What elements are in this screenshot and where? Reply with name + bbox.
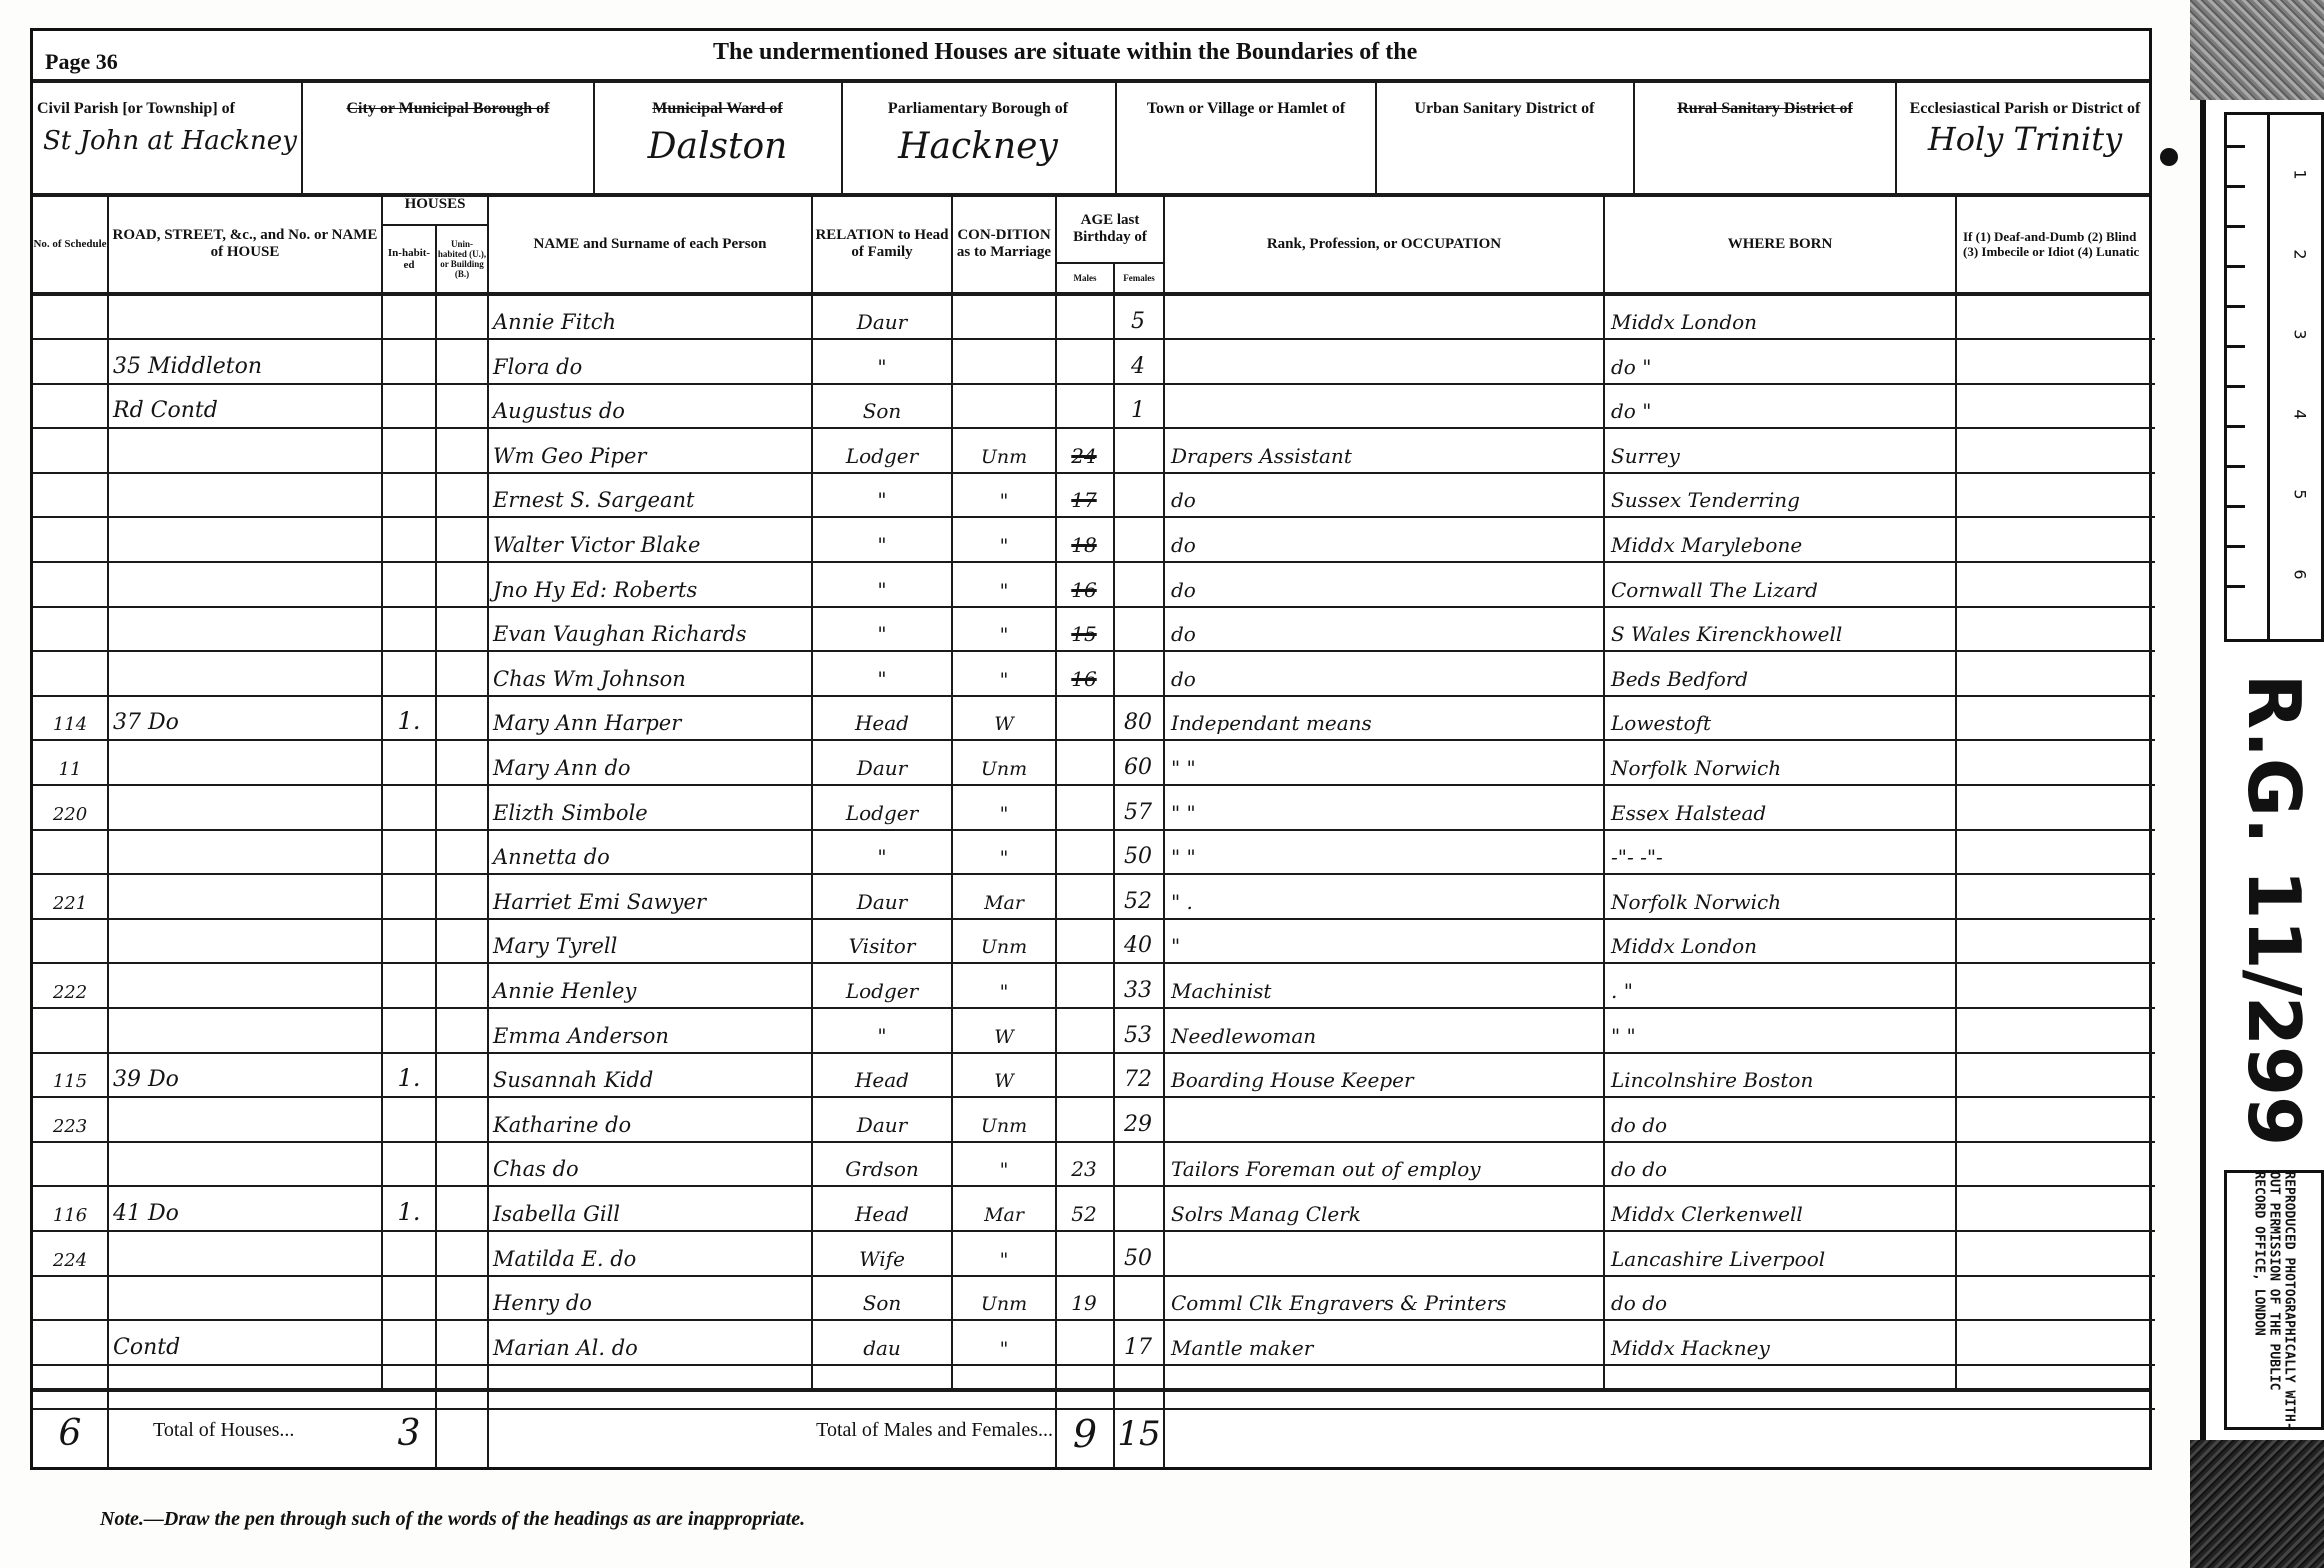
district-value: St John at Hackney <box>33 126 301 156</box>
cell-name: Mary Tyrell <box>493 918 811 962</box>
cell-relation: " <box>813 517 951 561</box>
cell-relation: Grdson <box>813 1141 951 1185</box>
table-row: Walter Victor Blake""18doMiddx Marylebon… <box>33 517 2155 561</box>
cell-name: Chas Wm Johnson <box>493 651 811 695</box>
cell-condition: W <box>953 1008 1055 1052</box>
reproduction-notice: REPRODUCED PHOTOGRAPHICALLY WITH- OUT PE… <box>2224 1170 2324 1430</box>
cell-name: Ernest S. Sargeant <box>493 472 811 516</box>
cell-male-age: 17 <box>1055 472 1113 516</box>
reproduction-notice-text: REPRODUCED PHOTOGRAPHICALLY WITH- OUT PE… <box>2252 1171 2297 1429</box>
cell-road <box>113 1008 381 1052</box>
cell-schedule <box>33 829 107 873</box>
cell-where-born: Middx Hackney <box>1611 1320 1953 1364</box>
cell-where-born: do do <box>1611 1275 1953 1319</box>
cell-schedule <box>33 428 107 472</box>
cell-female-age: 50 <box>1113 1231 1163 1275</box>
table-row: Jno Hy Ed: Roberts""16doCornwall The Liz… <box>33 562 2155 606</box>
cell-road <box>113 472 381 516</box>
cell-male-age: 18 <box>1055 517 1113 561</box>
cell-occupation: Drapers Assistant <box>1171 428 1601 472</box>
cell-where-born: " " <box>1611 1008 1953 1052</box>
header-road: ROAD, STREET, &c., and No. or NAME of HO… <box>109 196 381 292</box>
cell-road: Rd Contd <box>113 383 381 427</box>
district-civil-parish: Civil Parish [or Township] of St John at… <box>33 96 301 194</box>
cell-male-age <box>1055 1320 1113 1364</box>
cell-male-age <box>1055 383 1113 427</box>
table-row: Rd ContdAugustus doSon1do " <box>33 383 2155 427</box>
cell-where-born: do " <box>1611 383 1953 427</box>
ruler-tick <box>2227 585 2245 588</box>
header-infirmity: If (1) Deaf-and-Dumb (2) Blind (3) Imbec… <box>1957 196 2153 292</box>
cell-male-age: 23 <box>1055 1141 1113 1185</box>
cell-schedule: 223 <box>33 1097 107 1141</box>
cell-occupation: " <box>1171 918 1601 962</box>
cell-road <box>113 918 381 962</box>
cell-where-born: -"- -"- <box>1611 829 1953 873</box>
cell-occupation: Comml Clk Engravers & Printers <box>1171 1275 1601 1319</box>
cell-name: Evan Vaughan Richards <box>493 606 811 650</box>
table-row: Wm Geo PiperLodgerUnm24Drapers Assistant… <box>33 428 2155 472</box>
ruler-tick <box>2227 505 2245 508</box>
cell-schedule <box>33 517 107 561</box>
cell-occupation: Independant means <box>1171 695 1601 739</box>
table-row: Evan Vaughan Richards""15doS Wales Kiren… <box>33 606 2155 650</box>
cell-relation: Head <box>813 695 951 739</box>
scale-ruler: 1 2 3 4 5 6 <box>2224 112 2324 642</box>
instruction-note: Note.—Draw the pen through such of the w… <box>100 1508 805 1531</box>
ruler-number: 1 <box>2291 169 2310 179</box>
table-row: 221Harriet Emi SawyerDaurMar52" .Norfolk… <box>33 874 2155 918</box>
cell-inhabited <box>383 472 435 516</box>
cell-where-born: Beds Bedford <box>1611 651 1953 695</box>
ruler-tick <box>2227 385 2245 388</box>
cell-occupation: Boarding House Keeper <box>1171 1052 1601 1096</box>
cell-occupation: " " <box>1171 829 1601 873</box>
cell-male-age <box>1055 1097 1113 1141</box>
cell-name: Annetta do <box>493 829 811 873</box>
cell-female-age: 52 <box>1113 874 1163 918</box>
table-row: 11437 Do1.Mary Ann HarperHeadW80Independ… <box>33 695 2155 739</box>
table-row: 220Elizth SimboleLodger"57" "Essex Halst… <box>33 785 2155 829</box>
header-houses: HOUSES <box>383 196 487 222</box>
cell-condition: " <box>953 651 1055 695</box>
district-label: Rural Sanitary District of <box>1635 96 1895 118</box>
ruler-tick <box>2227 425 2245 428</box>
cell-road <box>113 740 381 784</box>
cell-road <box>113 651 381 695</box>
cell-relation: " <box>813 1008 951 1052</box>
cell-name: Elizth Simbole <box>493 785 811 829</box>
cell-relation: Daur <box>813 294 951 338</box>
cell-female-age <box>1113 651 1163 695</box>
cell-inhabited <box>383 339 435 383</box>
cell-condition <box>953 294 1055 338</box>
district-urban-sanitary: Urban Sanitary District of <box>1377 96 1632 194</box>
cell-relation: Daur <box>813 740 951 784</box>
table-row: Chas Wm Johnson""16doBeds Bedford <box>33 651 2155 695</box>
cell-schedule: 222 <box>33 963 107 1007</box>
cell-road <box>113 1275 381 1319</box>
cell-schedule: 221 <box>33 874 107 918</box>
cell-where-born: Lancashire Liverpool <box>1611 1231 1953 1275</box>
cell-where-born: Sussex Tenderring <box>1611 472 1953 516</box>
cell-female-age: 50 <box>1113 829 1163 873</box>
cell-where-born: do do <box>1611 1097 1953 1141</box>
cell-name: Matilda E. do <box>493 1231 811 1275</box>
cell-inhabited <box>383 428 435 472</box>
cell-female-age: 5 <box>1113 294 1163 338</box>
record-reference-text: R.G. 11/299 <box>2232 674 2316 1146</box>
district-rural-sanitary: Rural Sanitary District of <box>1635 96 1895 194</box>
cell-male-age <box>1055 829 1113 873</box>
district-municipal-ward: Municipal Ward of Dalston <box>595 96 840 194</box>
cell-female-age: 17 <box>1113 1320 1163 1364</box>
cell-relation: " <box>813 829 951 873</box>
cell-occupation <box>1171 294 1601 338</box>
header-name: NAME and Surname of each Person <box>489 196 811 292</box>
district-city-borough: City or Municipal Borough of <box>303 96 593 194</box>
cell-female-age: 40 <box>1113 918 1163 962</box>
archive-margin-strip: 1 2 3 4 5 6 R.G. 11/299 REPRODUCED PHOTO… <box>2200 100 2324 1440</box>
cell-name: Wm Geo Piper <box>493 428 811 472</box>
cell-relation: " <box>813 339 951 383</box>
punch-hole-mark <box>2160 148 2178 166</box>
cell-male-age <box>1055 1008 1113 1052</box>
cell-road <box>113 874 381 918</box>
ruler-tick <box>2227 265 2245 268</box>
cell-inhabited <box>383 829 435 873</box>
table-row: 35 MiddletonFlora do"4do " <box>33 339 2155 383</box>
cell-relation: dau <box>813 1320 951 1364</box>
cell-where-born: Middx London <box>1611 294 1953 338</box>
district-label: Ecclesiastical Parish or District of <box>1897 96 2153 118</box>
record-reference: R.G. 11/299 <box>2224 660 2324 1160</box>
cell-male-age: 24 <box>1055 428 1113 472</box>
cell-condition: Unm <box>953 740 1055 784</box>
cell-schedule: 11 <box>33 740 107 784</box>
cell-male-age <box>1055 918 1113 962</box>
cell-condition: " <box>953 1320 1055 1364</box>
cell-male-age <box>1055 963 1113 1007</box>
cell-relation: Head <box>813 1186 951 1230</box>
cell-schedule <box>33 339 107 383</box>
cell-schedule: 114 <box>33 695 107 739</box>
cell-male-age <box>1055 339 1113 383</box>
cell-name: Flora do <box>493 339 811 383</box>
cell-condition: Mar <box>953 874 1055 918</box>
cell-inhabited <box>383 1141 435 1185</box>
cell-where-born: Lincolnshire Boston <box>1611 1052 1953 1096</box>
cell-schedule <box>33 562 107 606</box>
cell-male-age <box>1055 874 1113 918</box>
header-inhabited: In-habit-ed <box>383 226 435 292</box>
cell-relation: " <box>813 472 951 516</box>
cell-condition: Mar <box>953 1186 1055 1230</box>
cell-male-age <box>1055 695 1113 739</box>
district-label: Urban Sanitary District of <box>1377 96 1632 118</box>
cell-road <box>113 517 381 561</box>
cell-relation: Lodger <box>813 428 951 472</box>
cell-road <box>113 1097 381 1141</box>
cell-where-born: Middx Clerkenwell <box>1611 1186 1953 1230</box>
cell-female-age <box>1113 1275 1163 1319</box>
table-row: Emma Anderson"W53Needlewoman" " <box>33 1008 2155 1052</box>
cell-relation: Son <box>813 383 951 427</box>
cell-road: 41 Do <box>113 1186 381 1230</box>
cell-inhabited: 1. <box>383 1052 435 1096</box>
ruler-tick <box>2227 545 2245 548</box>
cell-occupation: do <box>1171 606 1601 650</box>
ruler-tick <box>2227 305 2245 308</box>
cell-inhabited <box>383 383 435 427</box>
cell-where-born: S Wales Kirenckhowell <box>1611 606 1953 650</box>
cell-name: Katharine do <box>493 1097 811 1141</box>
cell-inhabited <box>383 785 435 829</box>
header-uninhabited: Unin-habited (U.), or Building (B.) <box>437 226 487 292</box>
cell-male-age <box>1055 1231 1113 1275</box>
table-row: 11641 Do1.Isabella GillHeadMar52Solrs Ma… <box>33 1186 2155 1230</box>
ruler-tick <box>2227 465 2245 468</box>
cell-road: Contd <box>113 1320 381 1364</box>
cell-relation: " <box>813 651 951 695</box>
cell-female-age: 33 <box>1113 963 1163 1007</box>
cell-occupation <box>1171 339 1601 383</box>
cell-condition: " <box>953 606 1055 650</box>
cell-occupation: " " <box>1171 785 1601 829</box>
cell-where-born: Norfolk Norwich <box>1611 740 1953 784</box>
cell-schedule <box>33 294 107 338</box>
district-value: Holy Trinity <box>1897 120 2153 158</box>
header-males: Males <box>1057 264 1113 292</box>
district-label: Civil Parish [or Township] of <box>33 96 301 118</box>
ruler-number: 6 <box>2291 569 2310 579</box>
total-houses-value: 3 <box>383 1388 435 1468</box>
cell-schedule: 220 <box>33 785 107 829</box>
cell-female-age: 4 <box>1113 339 1163 383</box>
cell-where-born: do " <box>1611 339 1953 383</box>
cell-female-age <box>1113 428 1163 472</box>
cell-where-born: do do <box>1611 1141 1953 1185</box>
cell-occupation: Solrs Manag Clerk <box>1171 1186 1601 1230</box>
ruler-number: 4 <box>2291 409 2310 419</box>
cell-road <box>113 963 381 1007</box>
cell-occupation <box>1171 1097 1601 1141</box>
table-row: 222Annie HenleyLodger"33Machinist. " <box>33 963 2155 1007</box>
cell-road <box>113 785 381 829</box>
ruler-tick <box>2227 185 2245 188</box>
cell-inhabited <box>383 1008 435 1052</box>
cell-name: Annie Fitch <box>493 294 811 338</box>
table-row: 224Matilda E. doWife"50Lancashire Liverp… <box>33 1231 2155 1275</box>
cell-male-age <box>1055 294 1113 338</box>
cell-condition: " <box>953 829 1055 873</box>
cell-where-born: Norfolk Norwich <box>1611 874 1953 918</box>
district-label: Parliamentary Borough of <box>843 96 1113 118</box>
table-row: Ernest S. Sargeant""17doSussex Tenderrin… <box>33 472 2155 516</box>
cell-occupation: do <box>1171 517 1601 561</box>
cell-inhabited <box>383 1320 435 1364</box>
cell-occupation: Mantle maker <box>1171 1320 1601 1364</box>
district-parliamentary-borough: Parliamentary Borough of Hackney <box>843 96 1113 194</box>
total-persons-label: Total of Males and Females... <box>753 1388 1053 1468</box>
cell-male-age: 15 <box>1055 606 1113 650</box>
cell-inhabited <box>383 918 435 962</box>
district-town-village: Town or Village or Hamlet of <box>1117 96 1375 194</box>
cell-male-age <box>1055 785 1113 829</box>
cell-inhabited <box>383 740 435 784</box>
cell-relation: Lodger <box>813 785 951 829</box>
cell-inhabited: 1. <box>383 1186 435 1230</box>
ruler-number: 5 <box>2291 489 2310 499</box>
header-where-born: WHERE BORN <box>1605 196 1955 292</box>
cell-road <box>113 1231 381 1275</box>
scan-edge-texture <box>2190 0 2324 100</box>
cell-condition: " <box>953 1141 1055 1185</box>
cell-occupation: do <box>1171 562 1601 606</box>
cell-schedule: 224 <box>33 1231 107 1275</box>
district-label: City or Municipal Borough of <box>303 96 593 118</box>
cell-name: Harriet Emi Sawyer <box>493 874 811 918</box>
cell-male-age: 16 <box>1055 562 1113 606</box>
cell-inhabited: 1. <box>383 695 435 739</box>
cell-condition <box>953 383 1055 427</box>
cell-occupation: Machinist <box>1171 963 1601 1007</box>
cell-condition: W <box>953 1052 1055 1096</box>
ruler-tick <box>2227 145 2245 148</box>
totals-row: 6 Total of Houses... 3 Total of Males an… <box>33 1388 2155 1468</box>
cell-schedule <box>33 1275 107 1319</box>
cell-condition: " <box>953 785 1055 829</box>
cell-name: Annie Henley <box>493 963 811 1007</box>
cell-female-age <box>1113 562 1163 606</box>
cell-male-age <box>1055 740 1113 784</box>
cell-name: Isabella Gill <box>493 1186 811 1230</box>
cell-occupation: do <box>1171 472 1601 516</box>
table-row: Mary TyrellVisitorUnm40"Middx London <box>33 918 2155 962</box>
cell-relation: Daur <box>813 1097 951 1141</box>
cell-road <box>113 428 381 472</box>
cell-name: Augustus do <box>493 383 811 427</box>
table-row: 11539 Do1.Susannah KiddHeadW72Boarding H… <box>33 1052 2155 1096</box>
cell-female-age <box>1113 1141 1163 1185</box>
divider <box>1057 262 1163 264</box>
cell-schedule <box>33 918 107 962</box>
header-relation: RELATION to Head of Family <box>813 196 951 292</box>
header-condition: CON-DITION as to Marriage <box>953 196 1055 292</box>
cell-occupation: do <box>1171 651 1601 695</box>
sheet-title: The undermentioned Houses are situate wi… <box>713 39 1417 66</box>
cell-inhabited <box>383 1231 435 1275</box>
cell-male-age: 16 <box>1055 651 1113 695</box>
header-females: Females <box>1115 264 1163 292</box>
cell-inhabited <box>383 1097 435 1141</box>
district-value: Hackney <box>843 126 1113 167</box>
cell-where-born: Middx Marylebone <box>1611 517 1953 561</box>
cell-female-age: 1 <box>1113 383 1163 427</box>
cell-schedule: 116 <box>33 1186 107 1230</box>
cell-name: Susannah Kidd <box>493 1052 811 1096</box>
cell-road <box>113 1141 381 1185</box>
cell-road <box>113 606 381 650</box>
cell-schedule <box>33 1141 107 1185</box>
cell-female-age <box>1113 517 1163 561</box>
cell-female-age <box>1113 472 1163 516</box>
cell-condition: " <box>953 1231 1055 1275</box>
page-label: Page 36 <box>45 49 118 75</box>
cell-name: Walter Victor Blake <box>493 517 811 561</box>
header-schedule: No. of Schedule <box>33 196 107 292</box>
cell-name: Mary Ann Harper <box>493 695 811 739</box>
ruler-tick <box>2227 345 2245 348</box>
table-row: Chas doGrdson"23Tailors Foreman out of e… <box>33 1141 2155 1185</box>
cell-relation: Lodger <box>813 963 951 1007</box>
cell-condition: " <box>953 472 1055 516</box>
cell-occupation: Tailors Foreman out of employ <box>1171 1141 1601 1185</box>
cell-condition: " <box>953 562 1055 606</box>
cell-female-age <box>1113 606 1163 650</box>
cell-inhabited <box>383 294 435 338</box>
ruler-number: 3 <box>2291 329 2310 339</box>
cell-occupation: " . <box>1171 874 1601 918</box>
census-sheet: Page 36 The undermentioned Houses are si… <box>30 28 2152 1470</box>
table-row: Annie FitchDaur5Middx London <box>33 294 2155 338</box>
cell-male-age: 52 <box>1055 1186 1113 1230</box>
cell-female-age <box>1113 1186 1163 1230</box>
cell-where-born: Surrey <box>1611 428 1953 472</box>
total-males: 9 <box>1057 1388 1113 1468</box>
cell-condition: " <box>953 963 1055 1007</box>
cell-occupation <box>1171 1231 1601 1275</box>
cell-schedule <box>33 606 107 650</box>
cell-relation: Head <box>813 1052 951 1096</box>
district-value: Dalston <box>595 126 840 167</box>
cell-relation: Son <box>813 1275 951 1319</box>
cell-road <box>113 294 381 338</box>
cell-where-born: Lowestoft <box>1611 695 1953 739</box>
cell-inhabited <box>383 963 435 1007</box>
cell-relation: Daur <box>813 874 951 918</box>
district-label: Municipal Ward of <box>595 96 840 118</box>
cell-condition: W <box>953 695 1055 739</box>
table-row: Annetta do""50" "-"- -"- <box>33 829 2155 873</box>
header-age: AGE last Birthday of <box>1057 196 1163 262</box>
cell-schedule <box>33 651 107 695</box>
ruler-tick <box>2227 225 2245 228</box>
total-females: 15 <box>1115 1388 1163 1468</box>
cell-where-born: Middx London <box>1611 918 1953 962</box>
ruler-column <box>2267 115 2324 639</box>
cell-relation: Wife <box>813 1231 951 1275</box>
cell-condition: " <box>953 517 1055 561</box>
cell-relation: " <box>813 562 951 606</box>
cell-inhabited <box>383 1275 435 1319</box>
cell-female-age: 29 <box>1113 1097 1163 1141</box>
district-label: Town or Village or Hamlet of <box>1117 96 1375 118</box>
cell-female-age: 72 <box>1113 1052 1163 1096</box>
cell-occupation <box>1171 383 1601 427</box>
cell-road: 37 Do <box>113 695 381 739</box>
cell-road: 39 Do <box>113 1052 381 1096</box>
cell-schedule <box>33 1008 107 1052</box>
cell-name: Henry do <box>493 1275 811 1319</box>
cell-condition <box>953 339 1055 383</box>
cell-road <box>113 562 381 606</box>
cell-schedule <box>33 1320 107 1364</box>
cell-name: Emma Anderson <box>493 1008 811 1052</box>
cell-female-age: 60 <box>1113 740 1163 784</box>
ruler-number: 2 <box>2291 249 2310 259</box>
cell-occupation: Needlewoman <box>1171 1008 1601 1052</box>
